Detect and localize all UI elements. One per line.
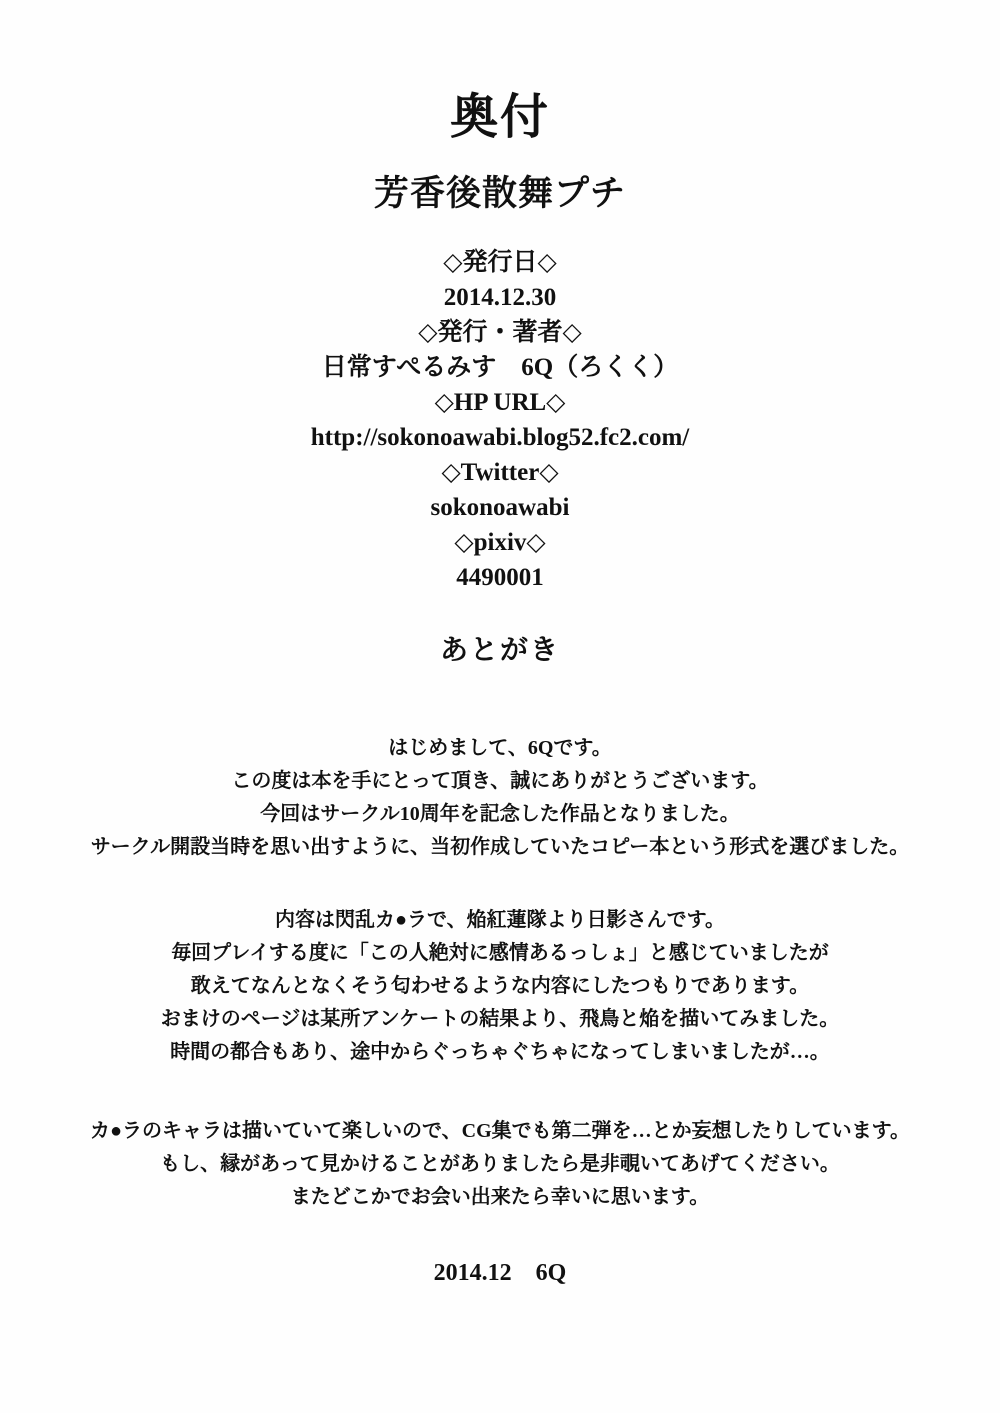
afterword-line: この度は本を手にとって頂き、誠にありがとうございます。 <box>0 765 1000 798</box>
publish-date-value: 2014.12.30 <box>0 280 1000 315</box>
hp-url-label: ◇HP URL◇ <box>0 385 1000 420</box>
afterword-line: 内容は閃乱カ●ラで、焔紅蓮隊より日影さんです。 <box>0 904 1000 937</box>
twitter-label: ◇Twitter◇ <box>0 455 1000 490</box>
afterword-line: もし、縁があって見かけることがありましたら是非覗いてあげてください。 <box>0 1148 1000 1181</box>
afterword-paragraph-1: はじめまして、6Qです。 この度は本を手にとって頂き、誠にありがとうございます。… <box>0 732 1000 864</box>
page-title: 奥付 <box>0 0 1000 145</box>
afterword-line: またどこかでお会い出来たら幸いに思います。 <box>0 1181 1000 1214</box>
author-label: ◇発行・著者◇ <box>0 315 1000 350</box>
book-title: 芳香後散舞プチ <box>0 175 1000 214</box>
hp-url-value: http://sokonoawabi.blog52.fc2.com/ <box>0 420 1000 455</box>
afterword-line: 時間の都合もあり、途中からぐっちゃぐちゃになってしまいましたが…。 <box>0 1036 1000 1069</box>
colophon-block: ◇発行日◇ 2014.12.30 ◇発行・著者◇ 日常すぺるみす 6Q（ろくく）… <box>0 245 1000 595</box>
colophon-page: 奥付 芳香後散舞プチ ◇発行日◇ 2014.12.30 ◇発行・著者◇ 日常すぺ… <box>0 0 1000 1413</box>
afterword-line: おまけのページは某所アンケートの結果より、飛鳥と焔を描いてみました。 <box>0 1003 1000 1036</box>
twitter-value: sokonoawabi <box>0 490 1000 525</box>
afterword-line: カ●ラのキャラは描いていて楽しいので、CG集でも第二弾を…とか妄想したりしていま… <box>0 1115 1000 1148</box>
afterword-paragraph-3: カ●ラのキャラは描いていて楽しいので、CG集でも第二弾を…とか妄想したりしていま… <box>0 1115 1000 1214</box>
afterword-line: サークル開設当時を思い出すように、当初作成していたコピー本という形式を選びました… <box>0 831 1000 864</box>
afterword-line: はじめまして、6Qです。 <box>0 732 1000 765</box>
afterword-line: 敢えてなんとなくそう匂わせるような内容にしたつもりであります。 <box>0 970 1000 1003</box>
afterword-line: 毎回プレイする度に「この人絶対に感情あるっしょ」と感じていましたが <box>0 937 1000 970</box>
pixiv-label: ◇pixiv◇ <box>0 525 1000 560</box>
pixiv-value: 4490001 <box>0 560 1000 595</box>
author-value: 日常すぺるみす 6Q（ろくく） <box>0 350 1000 385</box>
afterword-paragraph-2: 内容は閃乱カ●ラで、焔紅蓮隊より日影さんです。 毎回プレイする度に「この人絶対に… <box>0 904 1000 1069</box>
publish-date-label: ◇発行日◇ <box>0 245 1000 280</box>
footer-signature: 2014.12 6Q <box>0 1256 1000 1291</box>
afterword-heading: あとがき <box>0 633 1000 668</box>
afterword-line: 今回はサークル10周年を記念した作品となりました。 <box>0 798 1000 831</box>
